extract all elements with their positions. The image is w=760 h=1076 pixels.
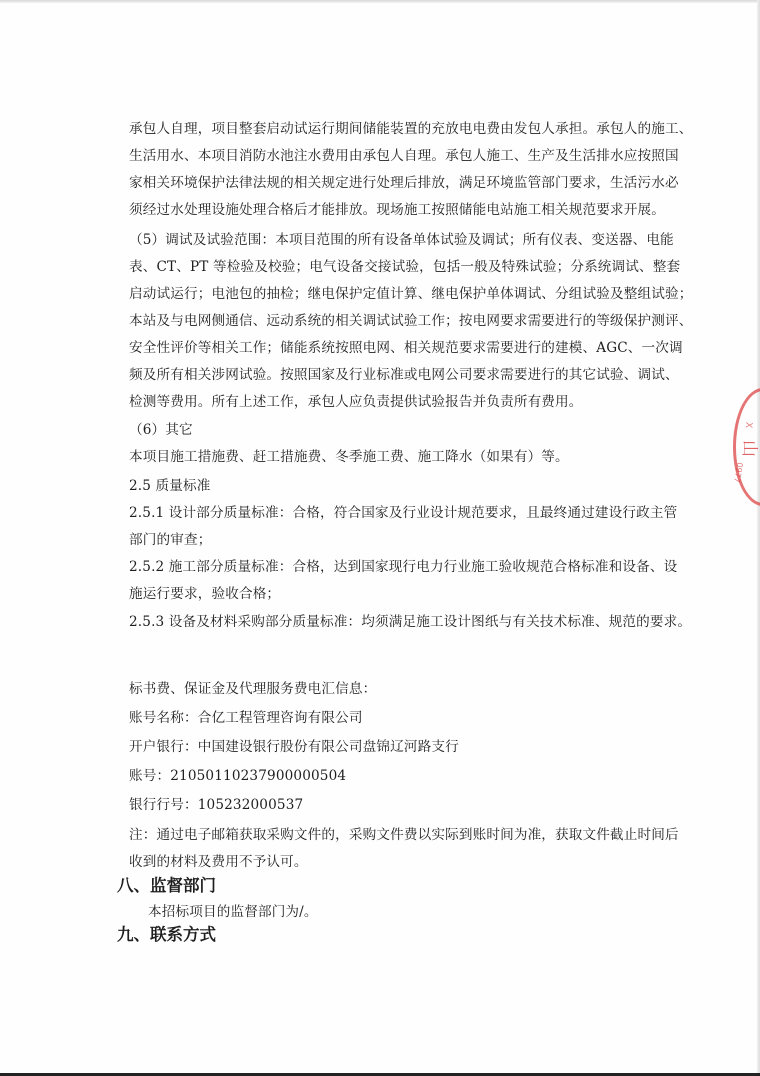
test-scope-line: 检测等费用。所有上述工作，承包人应负责提供试验报告并负责所有费用。 — [129, 393, 583, 411]
quality-standard-line: 2.5.2 施工部分质量标准：合格，达到国家现行电力行业施工验收规范合格标准和设… — [129, 558, 677, 576]
paragraph-line: 须经过水处理设施处理合格后才能排放。现场施工按照储能电站施工相关规范要求开展。 — [129, 201, 665, 219]
quality-standard-heading: 2.5 质量标准 — [129, 477, 211, 495]
section-8-heading: 八、监督部门 — [117, 876, 216, 896]
account-name: 账号名称：合亿工程管理咨询有限公司 — [129, 709, 363, 727]
quality-standard-line: 部门的审查； — [129, 531, 211, 549]
other-body: 本项目施工措施费、赶工措施费、冬季施工费、施工降水（如果有）等。 — [129, 448, 569, 466]
test-scope-line: 表、CT、PT 等检验及校验；电气设备交接试验，包括一般及特殊试验；分系统调试、… — [129, 258, 680, 276]
scan-top-edge — [0, 0, 760, 3]
section-9-heading: 九、联系方式 — [117, 925, 216, 945]
quality-standard-line: 施运行要求，验收合格； — [129, 585, 280, 603]
test-scope-line: （5）调试及试验范围：本项目范围的所有设备单体试验及调试；所有仪表、变送器、电能 — [129, 231, 674, 249]
paragraph-line: 生活用水、本项目消防水池注水费用由承包人自理。承包人施工、生产及生活排水应按照国 — [129, 147, 679, 165]
stamp-character: 山 — [739, 440, 760, 457]
paragraph-line: 家相关环境保护法律法规的相关规定进行处理后排放，满足环境监管部门要求，生活污水必 — [129, 174, 679, 192]
account-number: 账号：21050110237900000504 — [129, 767, 346, 785]
other-heading: （6）其它 — [129, 421, 193, 439]
quality-standard-line: 2.5.1 设计部分质量标准：合格，符合国家及行业设计规范要求，且最终通过建设行… — [129, 504, 677, 522]
test-scope-line: 启动试运行；电池包的抽检；继电保护定值计算、继电保护单体调试、分组试验及整组试验… — [129, 285, 693, 303]
bank-code: 银行行号：105232000537 — [129, 796, 303, 814]
quality-standard-line: 2.5.3 设备及材料采购部分质量标准：均须满足施工设计图纸与有关技术标准、规范… — [129, 613, 691, 631]
note-line: 注：通过电子邮箱获取采购文件的，采购文件费以实际到账时间为准，获取文件截止时间后 — [129, 826, 679, 844]
test-scope-line: 本站及与电网侧通信、远动系统的相关调试试验工作；按电网要求需要进行的等级保护测评… — [129, 312, 693, 330]
payment-info-title: 标书费、保证金及代理服务费电汇信息： — [129, 680, 376, 698]
section-8-body: 本招标项目的监督部门为/。 — [148, 903, 318, 921]
paragraph-line: 承包人自理，项目整套启动试运行期间储能装置的充放电电费由发包人承担。承包人的施工… — [129, 120, 693, 138]
document-page: 承包人自理，项目整套启动试运行期间储能装置的充放电电费由发包人承担。承包人的施工… — [0, 0, 760, 1076]
test-scope-line: 安全性评价等相关工作；储能系统按照电网、相关规范要求需要进行的建模、AGC、一次… — [129, 339, 683, 357]
test-scope-line: 频及所有相关涉网试验。按照国家及行业标准或电网公司要求需要进行的其它试验、调试、 — [129, 366, 679, 384]
bank-name: 开户银行：中国建设银行股份有限公司盘锦辽河路支行 — [129, 738, 459, 756]
note-line: 收到的材料及费用不予认可。 — [129, 853, 308, 871]
stamp-mark: X — [743, 421, 753, 428]
